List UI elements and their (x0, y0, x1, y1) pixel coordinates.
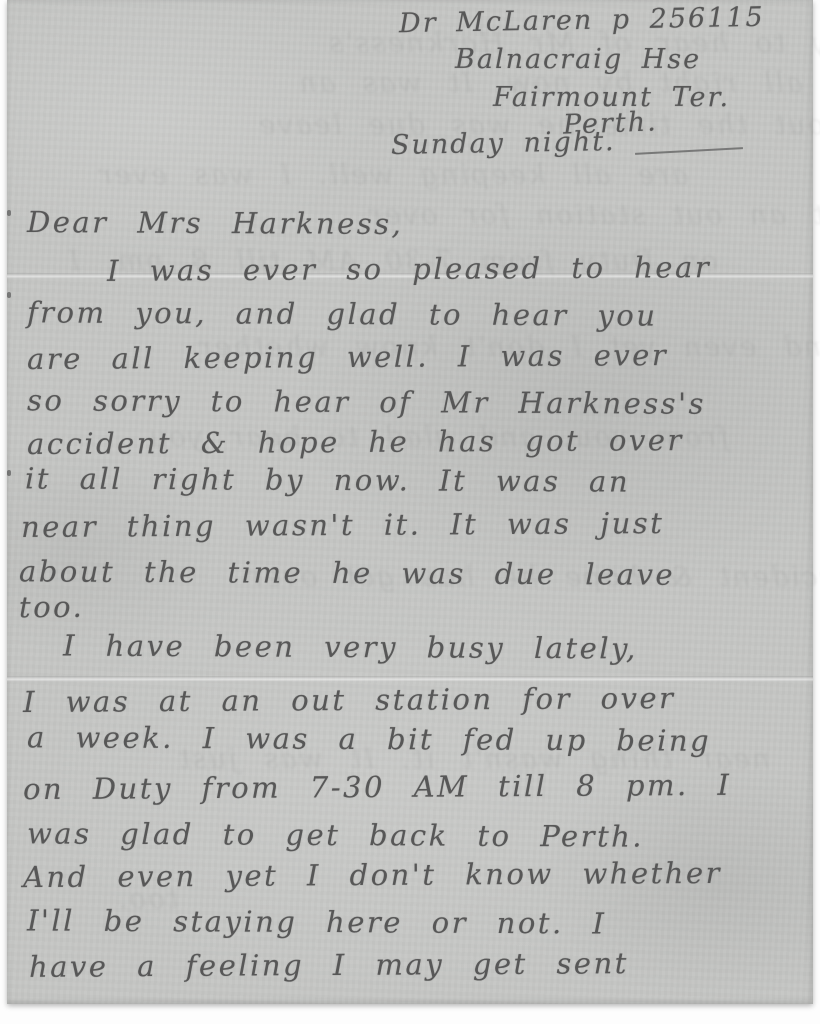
letter-line: it all right by now. It was an (25, 461, 630, 498)
letter-line: are all keeping well. I was ever (27, 338, 668, 376)
letter-line: have a feeling I may get sent (29, 946, 629, 984)
letter-line: I have been very busy lately, (63, 628, 638, 665)
scan-artifact (7, 292, 11, 298)
header-date-line: Sunday night. (391, 126, 616, 161)
letter-line: And even yet I don't know whether (23, 856, 722, 894)
letter-line: I was ever so pleased to hear (107, 250, 711, 288)
letter-line: I was at an out station for over (23, 681, 676, 719)
letter-line: accident & hope he has got over (27, 423, 684, 461)
fold-crease-lower (7, 676, 813, 682)
salutation: Dear Mrs Harkness, (27, 205, 403, 241)
bleed-through-text: I was at an out station for over (367, 198, 820, 231)
letter-line: I'll be staying here or not. I (27, 903, 607, 940)
header-underline-dash (635, 147, 743, 155)
letter-line: too. (19, 590, 84, 624)
letter-line: on Duty from 7-30 AM till 8 pm. I (23, 768, 732, 806)
letter-line: a week. I was a bit fed up being (27, 720, 711, 758)
letter-line: was glad to get back to Perth. (27, 816, 644, 853)
letter-page: so sorry to hear of Mr Harkness's it all… (7, 0, 813, 1004)
letter-line: so sorry to hear of Mr Harkness's (27, 383, 706, 421)
letter-line: near thing wasn't it. It was just (21, 506, 665, 544)
scan-artifact (7, 470, 11, 476)
scan-artifact (7, 210, 11, 216)
letter-line: from you, and glad to hear you (27, 295, 658, 332)
header-doctor-line: Dr McLaren p 256115 (399, 2, 765, 39)
letter-line: about the time he was due leave (19, 554, 675, 591)
header-house-line: Balnacraig Hse (455, 44, 701, 75)
bleed-through-text: are all keeping well. I was ever (97, 158, 688, 191)
